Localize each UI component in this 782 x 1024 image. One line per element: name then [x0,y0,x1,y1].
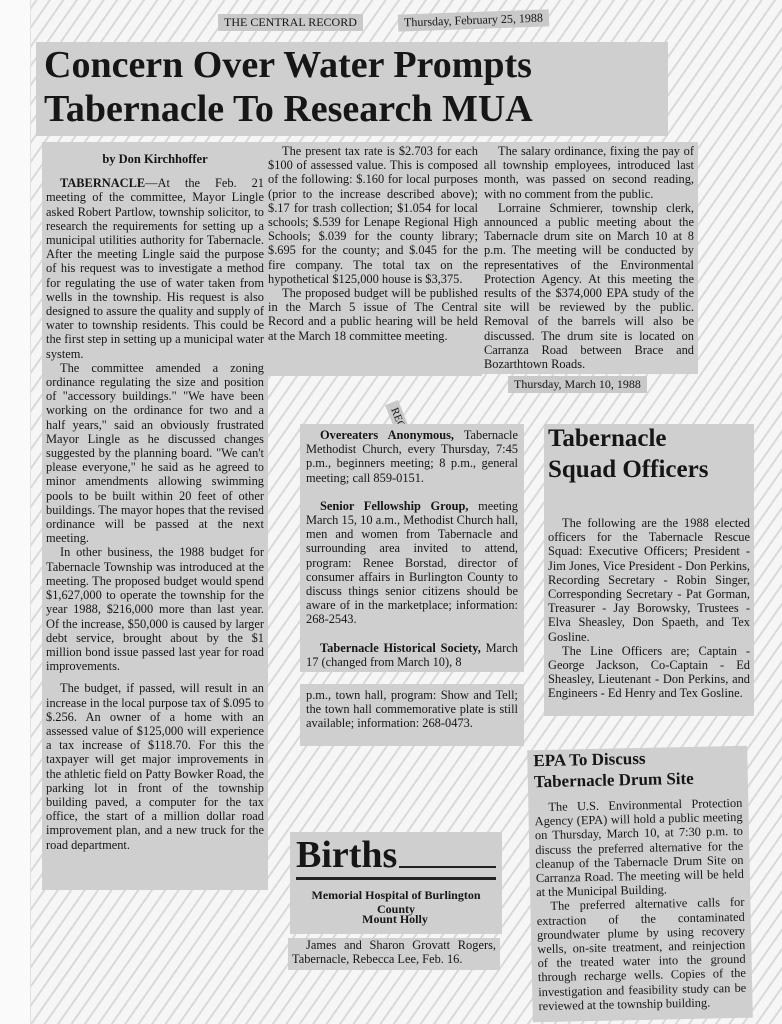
article-paragraph: Lorraine Schmierer, township clerk, anno… [484,201,694,371]
article-paragraph: The U.S. Environmental Protection Agency… [534,796,744,900]
article-paragraph: The committee amended a zoning ordinance… [46,361,264,546]
notice-item: Overeaters Anonymous, Tabernacle Methodi… [306,428,518,485]
page-margin [0,0,31,1024]
article-column-1: by Don Kirchhoffer TABERNACLE—At the Feb… [42,142,268,890]
headline-line-1: Concern Over Water Prompts [36,42,668,84]
article-paragraph: TABERNACLE—At the Feb. 21 meeting of the… [46,176,264,361]
headline-rule [399,866,496,868]
births-headline: Births [296,836,397,874]
article-paragraph: The following are the 1988 elected offic… [548,516,750,644]
epa-headline-line-2: Tabernacle Drum Site [534,769,742,790]
community-notices-clipping: Overeaters Anonymous, Tabernacle Methodi… [300,424,524,672]
main-headline-clipping: Concern Over Water Prompts Tabernacle To… [36,42,668,136]
notice-item: Tabernacle Historical Society, March 17 … [306,641,518,669]
notice-continuation: p.m., town hall, program: Show and Tell;… [306,688,518,731]
article-paragraph: In other business, the 1988 budget for T… [46,545,264,673]
article-paragraph: The proposed budget will be published in… [268,286,478,343]
notice-item: Senior Fellowship Group, meeting March 1… [306,499,518,627]
birth-entry-clipping: James and Sharon Grovatt Rogers, Taberna… [288,938,500,970]
byline: by Don Kirchhoffer [46,142,264,176]
squad-officers-clipping: Tabernacle Squad Officers The following … [544,424,754,716]
second-date-tag: Thursday, March 10, 1988 [508,376,647,393]
article-paragraph: The salary ordinance, fixing the pay of … [484,144,694,201]
squad-headline-line-1: Tabernacle [548,426,750,451]
headline-rule [296,877,496,880]
newspaper-name-tag: THE CENTRAL RECORD [218,14,363,31]
date-tag: Thursday, February 25, 1988 [398,9,549,31]
notice-continuation-clipping: p.m., town hall, program: Show and Tell;… [300,684,524,746]
article-paragraph: The present tax rate is $2.703 for each … [268,144,478,286]
epa-headline-line-1: EPA To Discuss [533,748,741,769]
dateline: TABERNACLE [60,176,145,190]
headline-line-2: Tabernacle To Research MUA [36,84,668,128]
epa-article-clipping: EPA To Discuss Tabernacle Drum Site The … [527,746,753,1023]
article-column-3: The salary ordinance, fixing the pay of … [480,142,698,374]
article-paragraph: The preferred alternative calls for extr… [536,895,746,1013]
squad-headline-line-2: Squad Officers [548,457,750,482]
birth-entry: James and Sharon Grovatt Rogers, Taberna… [292,938,496,966]
article-paragraph: The budget, if passed, will result in an… [46,681,264,851]
hospital-location: Mount Holly [300,912,490,927]
article-column-2: The present tax rate is $2.703 for each … [264,142,482,376]
article-paragraph: The Line Officers are; Captain - George … [548,644,750,701]
